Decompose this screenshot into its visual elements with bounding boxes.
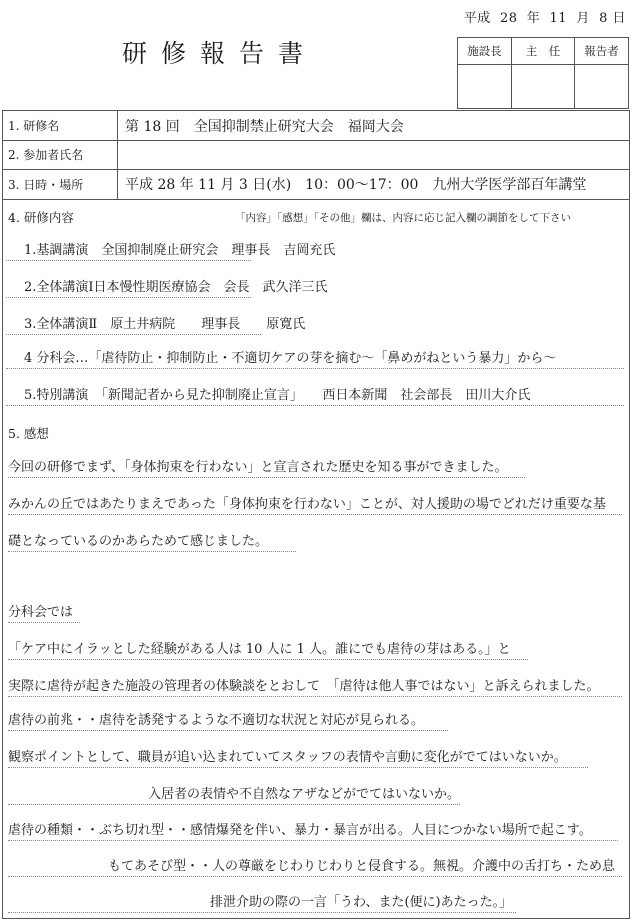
impression-line-8[interactable]: 観察ポイントとして、職員が追い込まれていてスタッフの表情や言動に変化がでてはいな…	[8, 749, 588, 768]
impression-line-9[interactable]: 入居者の表情や不自然なアザなどがでてはいないか。	[8, 786, 460, 805]
impression-line-2[interactable]: みかんの丘ではあたりまえであった「身体拘束を行わない」ことが、対人援助の場でどれ…	[8, 496, 622, 515]
row-training-name: 1. 研修名 第 18 回 全国抑制禁止研究大会 福岡大会	[3, 111, 629, 141]
content-item-1[interactable]: 1.基調講演 全国抑制廃止研究会 理事長 吉岡充氏	[6, 242, 251, 261]
label-datetime-place: 3. 日時・場所	[3, 169, 118, 199]
label-participant-name: 2. 参加者氏名	[3, 140, 118, 169]
impression-line-6[interactable]: 実際に虐待が起きた施設の管理者の体験談をとおして 「虐待は他人事ではない」と訴え…	[8, 678, 622, 697]
impression-line-11[interactable]: もてあそび型・・人の尊厳をじわりじわりと侵食する。無視。介護中の舌打ち・ため息	[8, 858, 622, 877]
section-note: 「内容」「感想」「その他」欄は、内容に応じ記入欄の調節をして下さい	[235, 210, 571, 225]
document-title: 研修報告書	[122, 34, 317, 70]
impression-line-1[interactable]: 今回の研修でまず、「身体拘束を行わない」と宣言された歴史を知る事ができました。	[8, 459, 525, 478]
content-item-2[interactable]: 2.全体講演Ⅰ日本慢性期医療協会 会長 武久洋三氏	[6, 279, 251, 298]
content-item-4[interactable]: 4 分科会…「虐待防止・抑制防止・不適切ケアの芽を摘む〜「鼻めがねという暴力」か…	[6, 350, 624, 369]
report-date: 平成 28 年 11 月 8 日	[464, 7, 626, 26]
row-participant-name: 2. 参加者氏名	[3, 140, 629, 170]
label-training-name: 1. 研修名	[3, 111, 118, 140]
field-training-name[interactable]: 第 18 回 全国抑制禁止研究大会 福岡大会	[125, 111, 629, 140]
impression-line-12[interactable]: 排泄介助の際の一言「うわ、また(便に)あたった。」	[8, 894, 516, 913]
row-datetime-place: 3. 日時・場所 平成 28 年 11 月 3 日(水) 10：00〜17：00…	[3, 169, 629, 200]
content-item-5[interactable]: 5.特別講演 「新聞記者から見た抑制廃止宣言」 西日本新聞 社会部長 田川大介氏	[6, 387, 624, 406]
impression-line-7[interactable]: 虐待の前兆・・虐待を誘発するような不適切な状況と対応が見られる。	[8, 712, 448, 731]
stamp-header-reporter: 報告者	[575, 38, 628, 65]
stamp-cell-reporter[interactable]	[575, 65, 628, 108]
stamp-cell-facility-director[interactable]	[458, 65, 512, 108]
field-datetime-place[interactable]: 平成 28 年 11 月 3 日(水) 10：00〜17：00 九州大学医学部百…	[125, 169, 629, 199]
field-participant-name[interactable]	[125, 140, 629, 169]
stamp-header-facility-director: 施設長	[458, 38, 512, 65]
impression-line-4[interactable]: 分科会では	[8, 604, 80, 623]
approval-stamp-box: 施設長 主 任 報告者	[457, 37, 629, 109]
impression-line-3[interactable]: 礎となっているのかあらためて感じました。	[8, 533, 296, 552]
content-item-3[interactable]: 3.全体講演Ⅱ 原土井病院 理事長 原寛氏	[6, 316, 261, 335]
report-form: 1. 研修名 第 18 回 全国抑制禁止研究大会 福岡大会 2. 参加者氏名 3…	[2, 110, 630, 919]
stamp-header-supervisor: 主 任	[512, 38, 575, 65]
section-heading-content: 4. 研修内容	[8, 208, 74, 226]
impression-line-5[interactable]: 「ケア中にイラッとした経験がある人は 10 人に 1 人。誰にでも虐待の芽はある…	[8, 641, 528, 660]
impression-line-10[interactable]: 虐待の種類・・ぶち切れ型・・感情爆発を伴い、暴力・暴言が出る。人目につかない場所…	[8, 822, 618, 841]
section-heading-impressions: 5. 感想	[8, 424, 49, 442]
stamp-cell-supervisor[interactable]	[512, 65, 575, 108]
